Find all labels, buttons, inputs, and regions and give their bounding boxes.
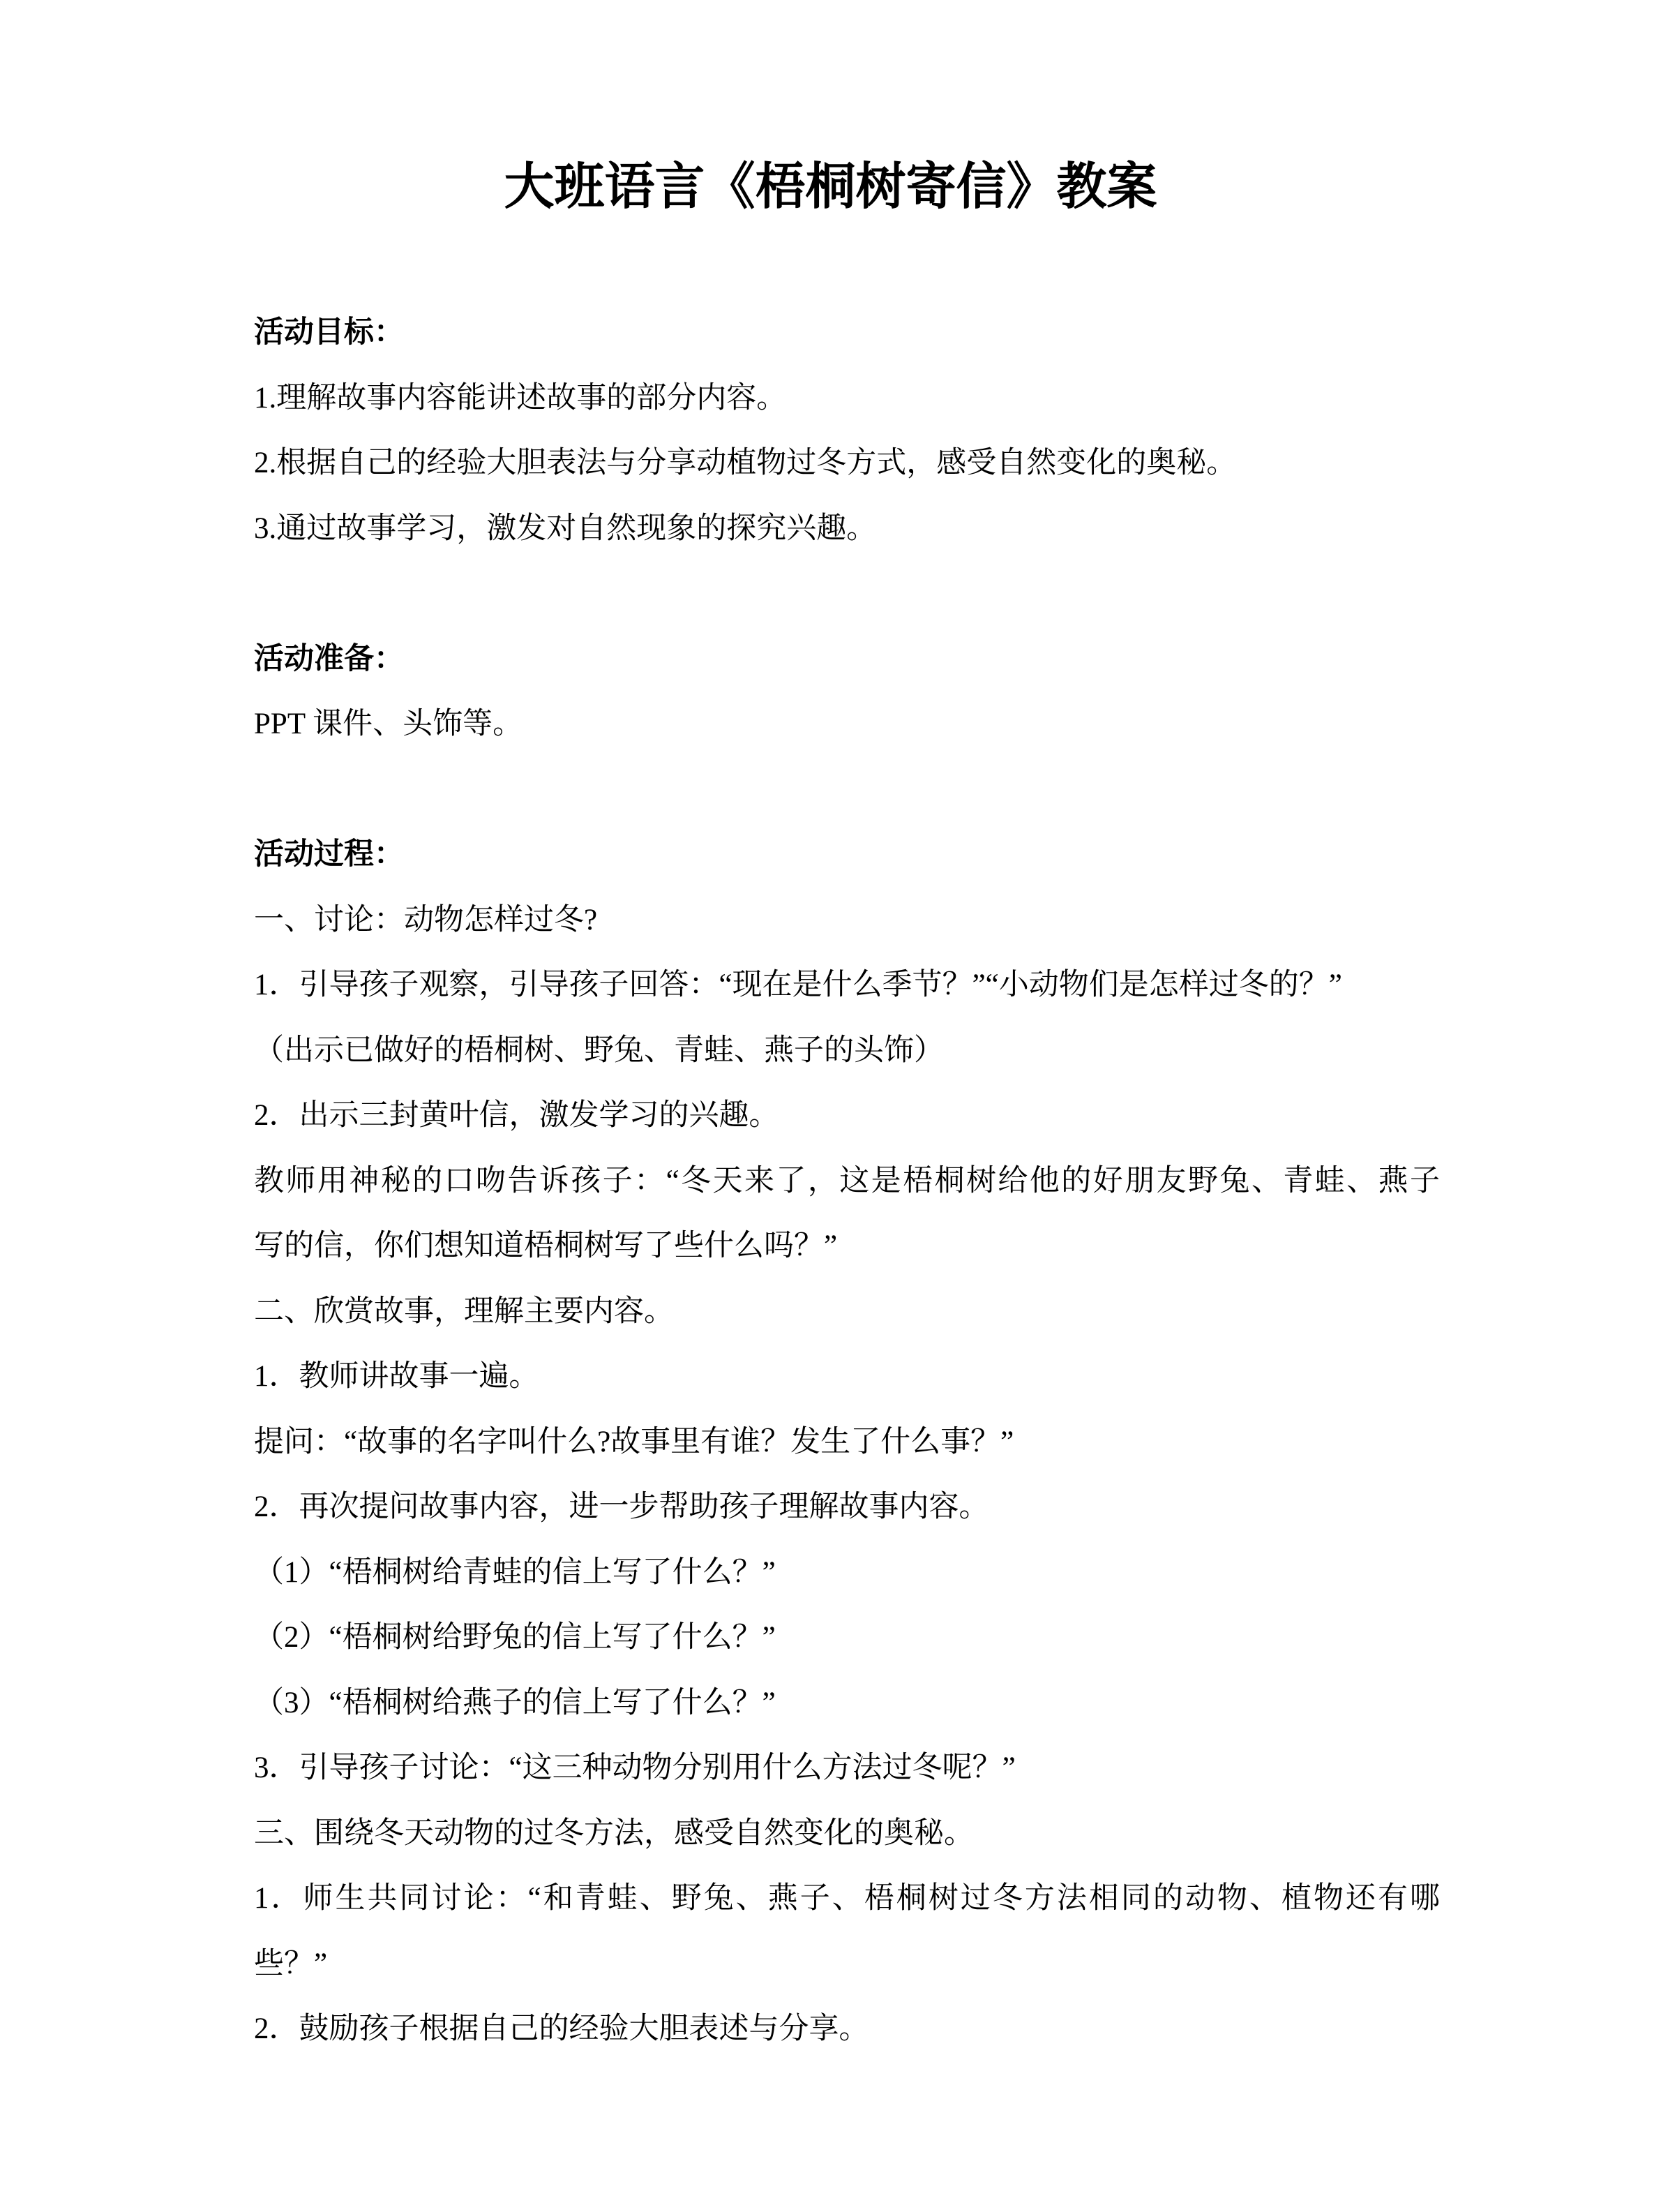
- process-step-discuss: 3．引导孩子讨论：“这三种动物分别用什么方法过冬呢？”: [254, 1735, 1440, 1801]
- process-step-ask-again: 2．再次提问故事内容，进一步帮助孩子理解故事内容。: [254, 1474, 1440, 1540]
- sub-question-2: （2）“梧桐树给野兔的信上写了什么？”: [254, 1605, 1440, 1671]
- discussion-line-1: 1．师生共同讨论：“和青蛙、野兔、燕子、梧桐树过冬方法相同的动物、植物还有哪: [254, 1866, 1440, 1931]
- process-step-observe: 1．引导孩子观察，引导孩子回答：“现在是什么季节？”“小动物们是怎样过冬的？”: [254, 952, 1440, 1018]
- blank-line: [254, 757, 1440, 823]
- process-part-3-title: 三、围绕冬天动物的过冬方法，感受自然变化的奥秘。: [254, 1801, 1440, 1867]
- document-page: 大班语言《梧桐树寄信》教案 活动目标： 1.理解故事内容能讲述故事的部分内容。 …: [0, 0, 1661, 2212]
- activity-preparation-heading: 活动准备：: [254, 627, 1440, 692]
- process-note-headdress: （出示已做好的梧桐树、野兔、青蛙、燕子的头饰）: [254, 1018, 1440, 1084]
- document-body: 活动目标： 1.理解故事内容能讲述故事的部分内容。 2.根据自己的经验大胆表法与…: [254, 300, 1440, 2062]
- sub-question-3: （3）“梧桐树给燕子的信上写了什么？”: [254, 1671, 1440, 1736]
- goal-item-3: 3.通过故事学习，激发对自然现象的探究兴趣。: [254, 496, 1440, 562]
- activity-process-heading: 活动过程：: [254, 822, 1440, 888]
- goal-item-2: 2.根据自己的经验大胆表法与分享动植物过冬方式，感受自然变化的奥秘。: [254, 431, 1440, 496]
- sub-question-1: （1）“梧桐树给青蛙的信上写了什么？”: [254, 1540, 1440, 1606]
- blank-line: [254, 561, 1440, 627]
- process-part-2-title: 二、欣赏故事，理解主要内容。: [254, 1279, 1440, 1345]
- process-part-1-title: 一、讨论：动物怎样过冬?: [254, 888, 1440, 953]
- process-step-letters: 2．出示三封黄叶信，激发学习的兴趣。: [254, 1083, 1440, 1149]
- activity-goals-heading: 活动目标：: [254, 300, 1440, 366]
- question-line: 提问：“故事的名字叫什么?故事里有谁？发生了什么事？”: [254, 1410, 1440, 1475]
- process-step-tell-story: 1．教师讲故事一遍。: [254, 1344, 1440, 1410]
- discussion-line-2: 些？”: [254, 1931, 1440, 1997]
- document-title: 大班语言《梧桐树寄信》教案: [0, 158, 1661, 216]
- goal-item-1: 1.理解故事内容能讲述故事的部分内容。: [254, 366, 1440, 431]
- teacher-dialogue-line-1: 教师用神秘的口吻告诉孩子：“冬天来了，这是梧桐树给他的好朋友野兔、青蛙、燕子: [254, 1149, 1440, 1214]
- preparation-item: PPT 课件、头饰等。: [254, 692, 1440, 757]
- teacher-dialogue-line-2: 写的信，你们想知道梧桐树写了些什么吗？”: [254, 1213, 1440, 1279]
- process-step-encourage: 2．鼓励孩子根据自己的经验大胆表述与分享。: [254, 1996, 1440, 2062]
